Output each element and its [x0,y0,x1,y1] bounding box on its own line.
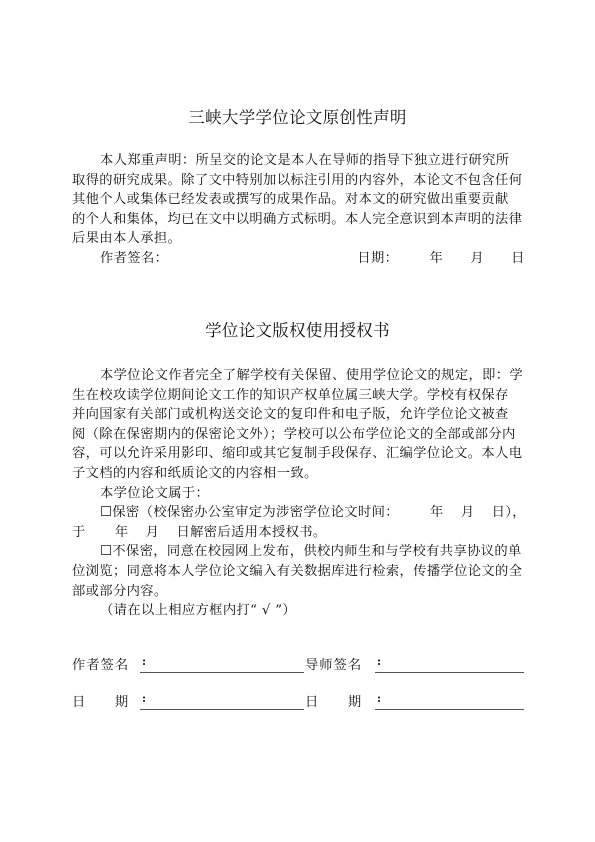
day-label: 日）， [492,505,526,520]
year-label: 年 [115,525,129,540]
authorization-line: 生在校攻读学位期间论文工作的知识产权单位属三峡大学。学校有权保存 [72,386,524,406]
advisor-date-field[interactable]: : [375,691,524,710]
advisor-signature-field[interactable]: : [375,654,524,673]
declassify-text: 日解密后适用本授权书。 [176,525,326,540]
declaration-line: 取得的研究成果。除了文中特别加以标注引用的内容外，本论文不包含任何 [72,171,524,191]
month-label: 月 [461,505,475,520]
advisor-date-label: 日 期 [305,691,362,710]
colon: : [142,655,146,668]
colon: : [377,655,381,668]
public-text-line: 位浏览；同意将本人学位论文编入有关数据库进行检索，传播学位论文的全 [72,562,524,582]
month-label: 月 [146,525,160,540]
day-label: 日 [511,251,525,266]
from-label: 于 [72,525,86,540]
advisor-signature-label: 导师签名 [305,654,362,673]
authorization-body: 本学位论文作者完全了解学校有关保留、使用学位论文的规定，即：学 生在校攻读学位期… [72,366,524,621]
signature-row-dates: 日 期 : 日 期 : [72,691,524,711]
author-date-field[interactable]: : [140,691,304,710]
colon: : [142,692,146,705]
declaration-line: 的个人和集体，均已在文中以明确方式标明。本人完全意识到本声明的法律 [72,210,524,230]
authorization-line: 容，可以允许采用影印、缩印或其它复制手段保存、汇编学位论文。本人电 [72,444,524,464]
declaration-signature-line: 作者签名： 日期： 年 月 日 [72,249,524,269]
date-label: 日期： [357,251,398,266]
declaration-line: 后果由本人承担。 [72,229,524,249]
year-label: 年 [430,251,444,266]
confidential-text: 保密（校保密办公室审定为涉密学位论文时间： [112,505,399,520]
public-text: 不保密，同意在校园网上发布，供校内师生和与学校有共享协议的单 [112,544,521,559]
author-signature-label: 作者签名： [100,251,168,266]
belongs-label: 本学位论文属于： [72,484,524,504]
option-public: ☐不保密，同意在校园网上发布，供校内师生和与学校有共享协议的单 [72,542,524,562]
declaration-line: 其他个人或集体已经发表或撰写的成果作品。对本文的研究做出重要贡献 [72,190,524,210]
author-signature-field[interactable]: : [140,654,304,673]
declaration-body: 本人郑重声明：所呈交的论文是本人在导师的指导下独立进行研究所 取得的研究成果。除… [72,151,524,269]
signature-row-names: 作者签名 : 导师签名 : [72,654,524,674]
declaration-title: 三峡大学学位论文原创性声明 [0,104,595,128]
instruction-text: （请在以上相应方框内打“ √ ”） [72,601,524,621]
option-confidential: ☐保密（校保密办公室审定为涉密学位论文时间： 年 月 日）， [72,503,524,523]
month-label: 月 [470,251,484,266]
author-signature-label: 作者签名 [72,654,129,673]
confidential-checkbox[interactable]: ☐ [100,505,112,520]
author-date-label: 日 期 [72,691,129,710]
authorization-line: 子文档的内容和纸质论文的内容相一致。 [72,464,524,484]
declaration-line: 本人郑重声明：所呈交的论文是本人在导师的指导下独立进行研究所 [72,151,524,171]
option-confidential-line2: 于 年 月 日解密后适用本授权书。 [72,523,524,543]
authorization-title: 学位论文版权使用授权书 [0,317,595,341]
colon: : [377,692,381,705]
authorization-line: 并向国家有关部门或机构送交论文的复印件和电子版，允许学位论文被查 [72,405,524,425]
authorization-line: 本学位论文作者完全了解学校有关保留、使用学位论文的规定，即：学 [72,366,524,386]
authorization-line: 阅（除在保密期内的保密论文外）；学校可以公布学位论文的全部或部分内 [72,425,524,445]
year-label: 年 [430,505,444,520]
public-checkbox[interactable]: ☐ [100,544,112,559]
public-text-line: 部或部分内容。 [72,582,524,602]
